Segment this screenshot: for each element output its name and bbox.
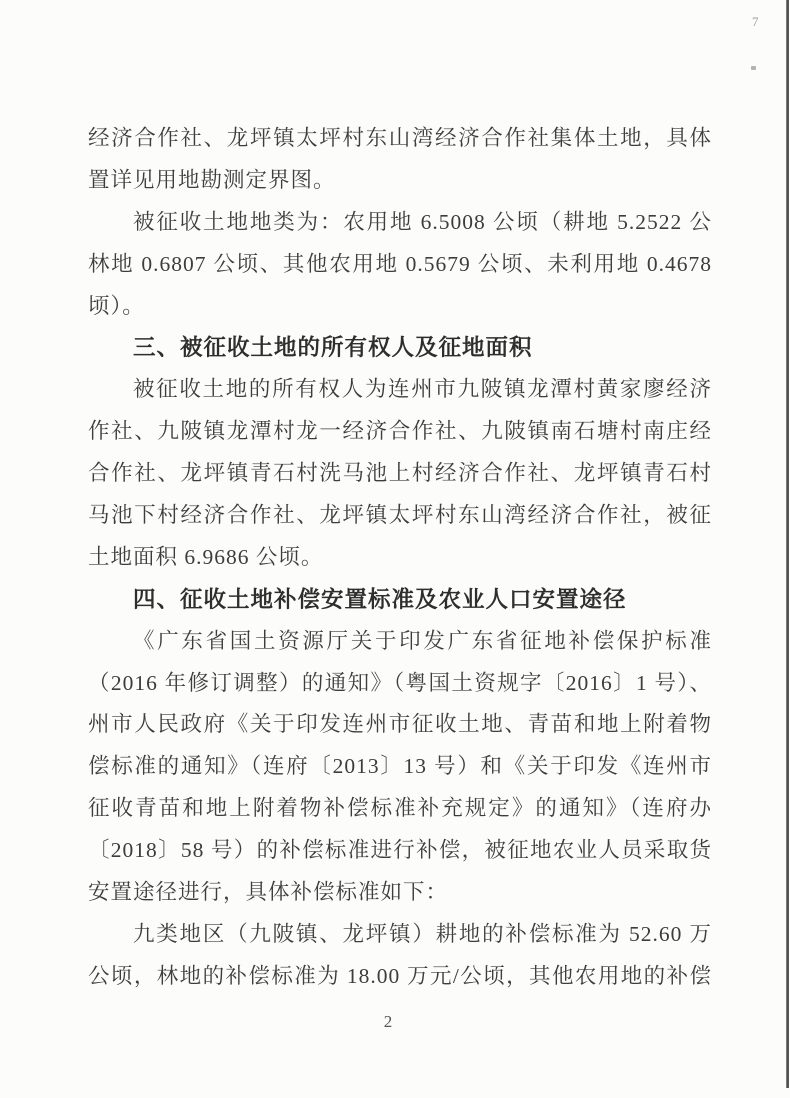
doc-line: 土地面积 6.9686 公顷。 — [88, 537, 712, 579]
doc-line: 林地 0.6807 公顷、其他农用地 0.5679 公顷、未利用地 0.4678… — [88, 244, 712, 286]
doc-line: 〔2018〕58 号）的补偿标准进行补偿，被征地农业人员采取货币 — [88, 830, 712, 872]
doc-line: 九类地区（九陂镇、龙坪镇）耕地的补偿标准为 52.60 万元/ — [88, 914, 712, 956]
section-heading-4: 四、征收土地补偿安置标准及农业人口安置途径 — [88, 579, 712, 621]
doc-line: 马池下村经济合作社、龙坪镇太坪村东山湾经济合作社，被征收 — [88, 495, 712, 537]
scan-corner-mark: 7 — [752, 14, 759, 30]
scanned-document-page: 7 经济合作社、龙坪镇太坪村东山湾经济合作社集体土地，具体位 置详见用地勘测定界… — [0, 0, 790, 1098]
section-heading-3: 三、被征收土地的所有权人及征地面积 — [88, 327, 712, 369]
doc-line: 安置途径进行，具体补偿标准如下： — [88, 872, 712, 914]
doc-line: 作社、九陂镇龙潭村龙一经济合作社、九陂镇南石塘村南庄经济 — [88, 411, 712, 453]
doc-line: 《广东省国土资源厅关于印发广东省征地补偿保护标准 — [88, 621, 712, 663]
doc-line: 州市人民政府《关于印发连州市征收土地、青苗和地上附着物补 — [88, 704, 712, 746]
doc-line: 合作社、龙坪镇青石村洗马池上村经济合作社、龙坪镇青石村洗 — [88, 453, 712, 495]
doc-line: 经济合作社、龙坪镇太坪村东山湾经济合作社集体土地，具体位 — [88, 118, 712, 160]
doc-line: （2016 年修订调整）的通知》（粤国土资规字〔2016〕1 号）、连 — [88, 663, 712, 705]
doc-line: 征收青苗和地上附着物补偿标准补充规定》的通知》（连府办 — [88, 788, 712, 830]
scan-speck — [751, 66, 756, 70]
doc-line: 公顷，林地的补偿标准为 18.00 万元/公顷，其他农用地的补偿标 — [88, 956, 712, 998]
doc-line: 被征收土地的所有权人为连州市九陂镇龙潭村黄家廖经济合 — [88, 369, 712, 411]
scan-edge-shadow — [786, 0, 789, 1088]
doc-line: 偿标准的通知》（连府〔2013〕13 号）和《关于印发《连州市土地 — [88, 746, 712, 788]
document-body: 经济合作社、龙坪镇太坪村东山湾经济合作社集体土地，具体位 置详见用地勘测定界图。… — [88, 118, 712, 998]
doc-line: 顷）。 — [88, 286, 712, 328]
page-number: 2 — [376, 1012, 400, 1032]
doc-line: 置详见用地勘测定界图。 — [88, 160, 712, 202]
doc-line: 被征收土地地类为：农用地 6.5008 公顷（耕地 5.2522 公顷、 — [88, 202, 712, 244]
